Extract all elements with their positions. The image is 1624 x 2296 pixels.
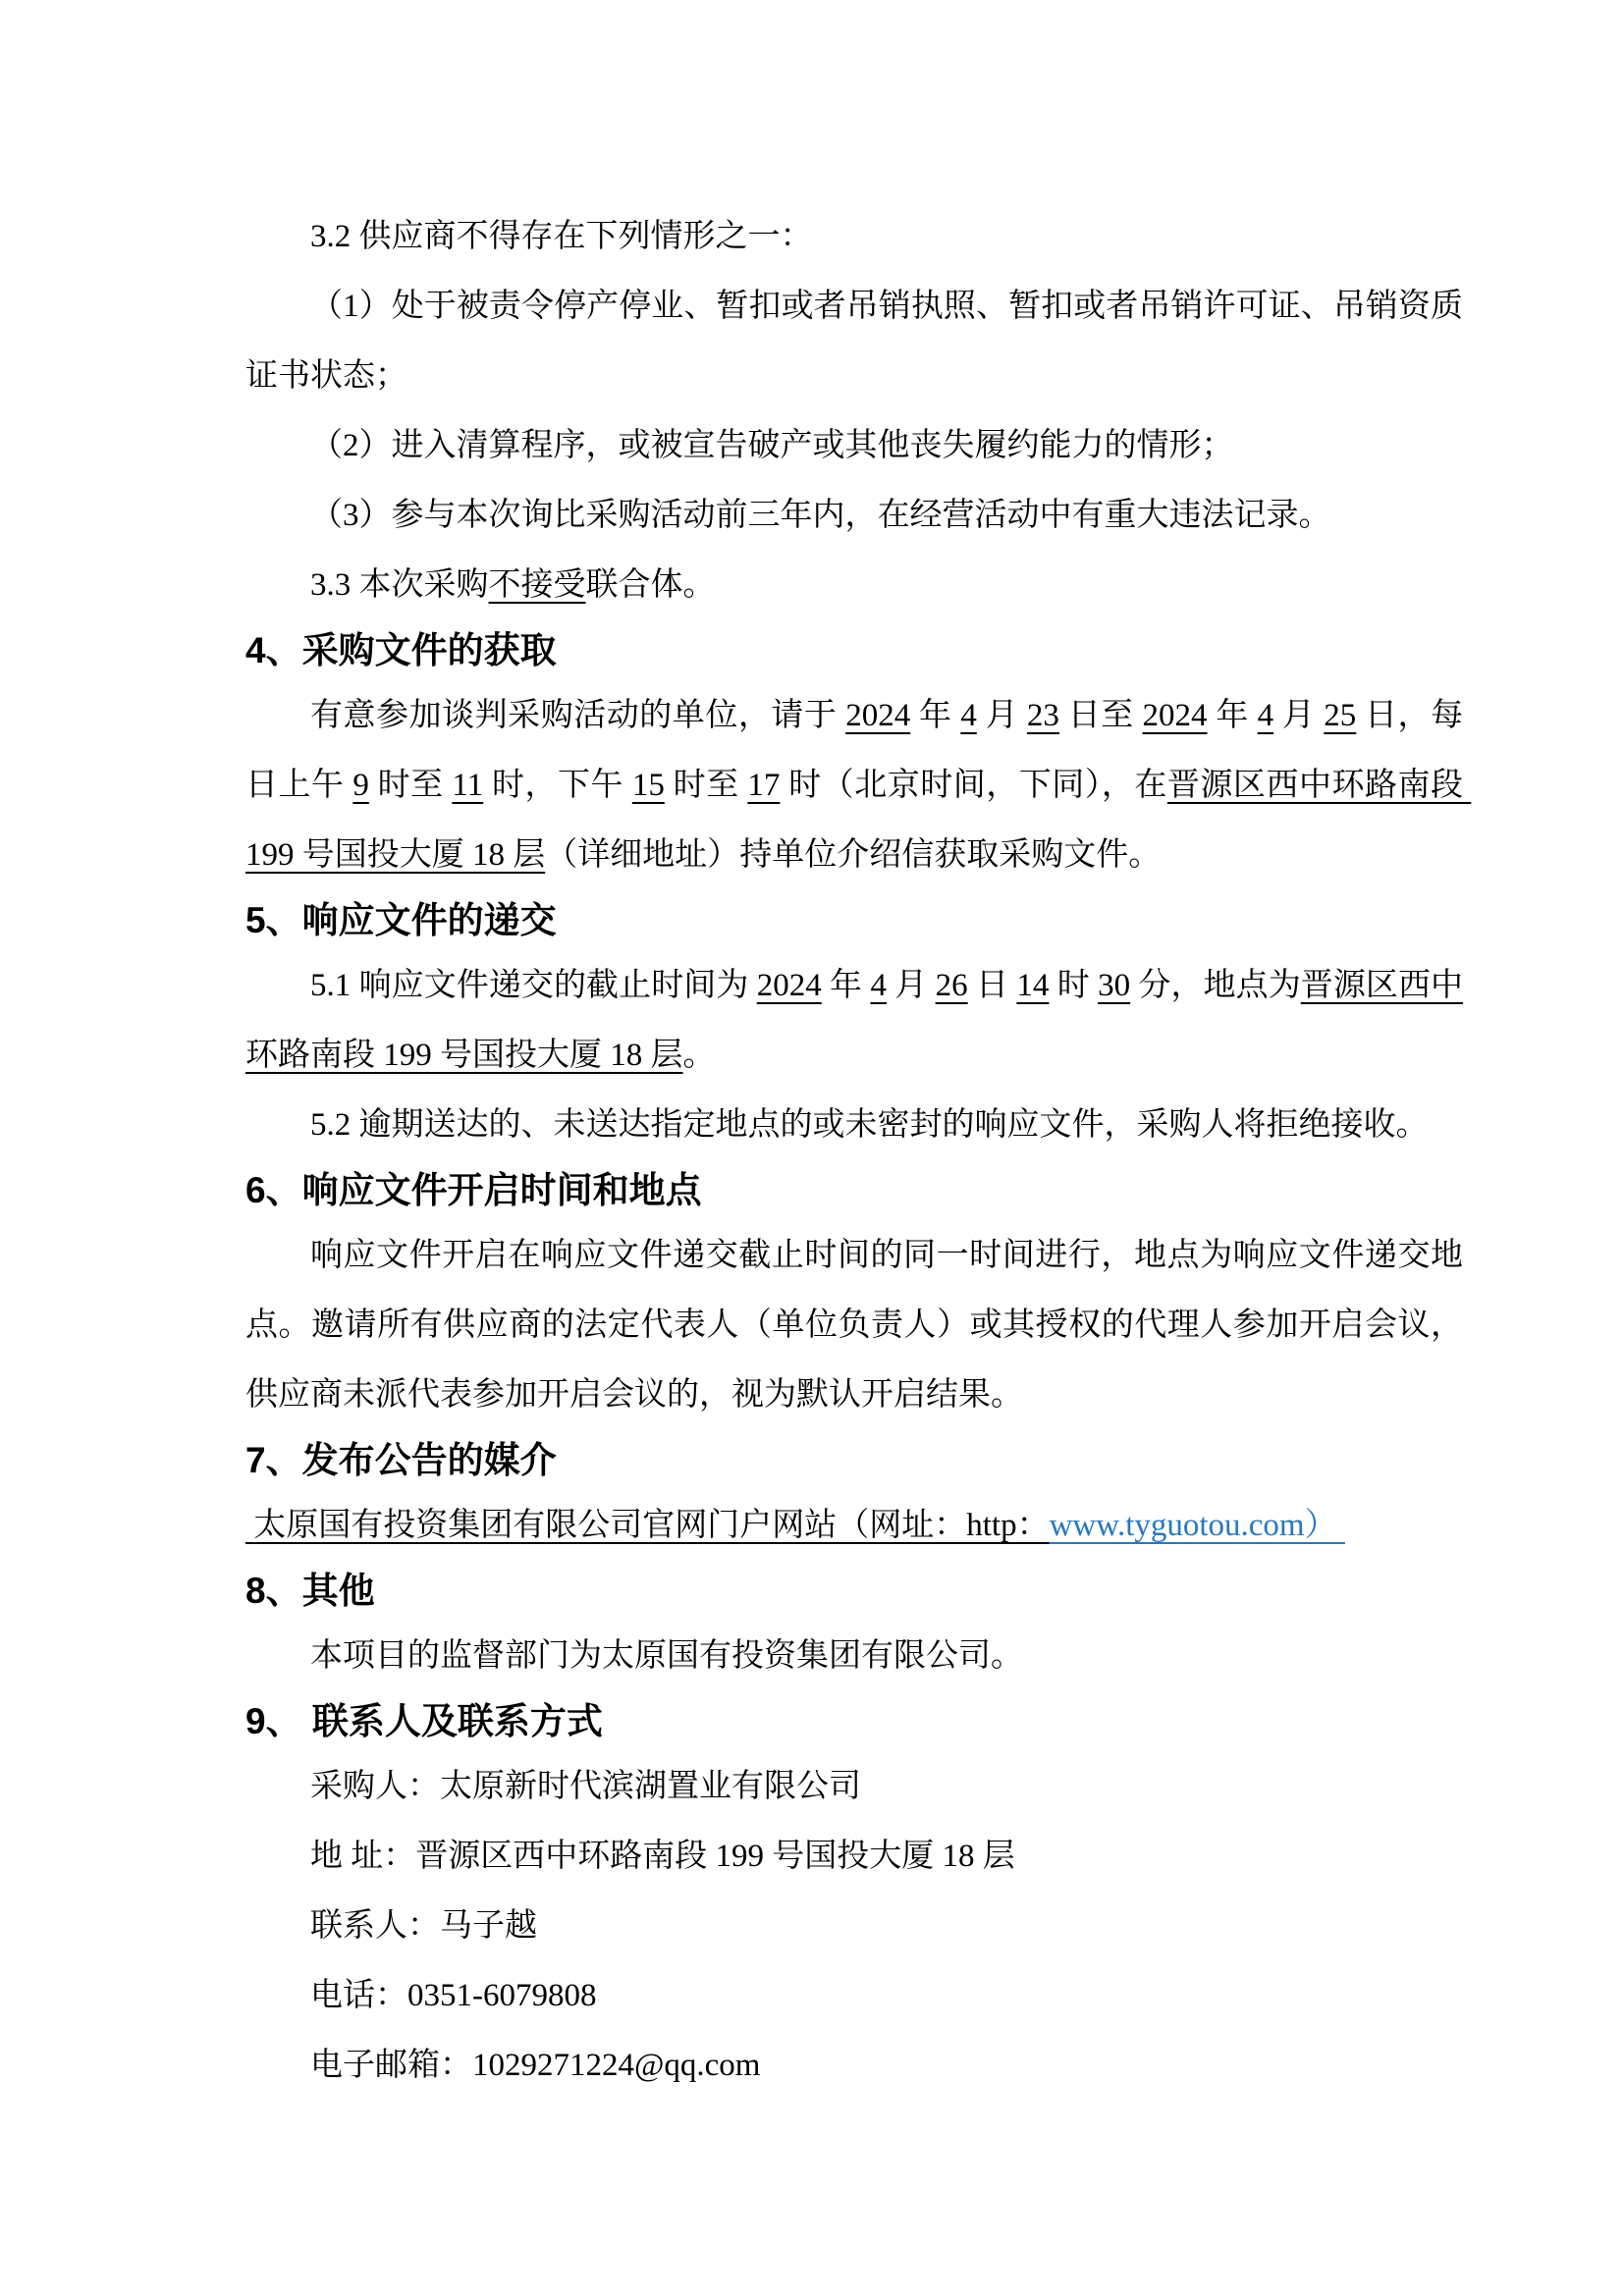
text-segment: 时（北京时间，下同），在 xyxy=(780,768,1167,803)
underlined-text: 15 xyxy=(632,768,665,803)
clause-5-2: 5.2 逾期送达的、未送达指定地点的或未密封的响应文件，采购人将拒绝接收。 xyxy=(245,1091,1463,1160)
text-segment: 月 xyxy=(1273,698,1324,733)
section-7-announcement-media: 太原国有投资集团有限公司官网门户网站（网址：http：www.tyguotou.… xyxy=(245,1491,1463,1561)
underlined-text: 14 xyxy=(1016,968,1049,1003)
clause-3-2: 3.2 供应商不得存在下列情形之一： xyxy=(245,202,1463,272)
text-segment: （详细地址）持单位介绍信获取采购文件。 xyxy=(545,837,1161,873)
underlined-text: 25 xyxy=(1324,698,1356,733)
text-segment: 时至 xyxy=(665,768,748,803)
clause-3-2-item-2: （2）进入清算程序，或被宣告破产或其他丧失履约能力的情形； xyxy=(245,411,1463,481)
text-segment: 年 xyxy=(1208,698,1258,733)
section-4-paragraph: 有意参加谈判采购活动的单位，请于 2024 年 4 月 23 日至 2024 年… xyxy=(245,681,1463,890)
section-5-heading: 5、响应文件的递交 xyxy=(245,890,1463,951)
address-line: 地 址：晋源区西中环路南段 199 号国投大厦 18 层 xyxy=(245,1822,1463,1892)
clause-3-3: 3.3 本次采购不接受联合体。 xyxy=(245,551,1463,620)
underlined-text: 26 xyxy=(936,968,968,1003)
text-segment: 有意参加谈判采购活动的单位，请于 xyxy=(310,698,845,733)
section-6-heading: 6、响应文件开启时间和地点 xyxy=(245,1160,1463,1221)
text-segment: 时，下午 xyxy=(483,768,632,803)
text-segment: 年 xyxy=(910,698,960,733)
text-segment: 联合体。 xyxy=(586,567,716,603)
text-segment: 时至 xyxy=(369,768,453,803)
section-9-heading: 9、 联系人及联系方式 xyxy=(245,1691,1463,1752)
underlined-text: 4 xyxy=(960,698,977,733)
email-line: 电子邮箱：1029271224@qq.com xyxy=(245,2031,1463,2101)
clause-3-2-item-1: （1）处于被责令停产停业、暂扣或者吊销执照、暂扣或者吊销许可证、吊销资质证书状态… xyxy=(245,272,1463,411)
hyperlink-url[interactable]: www.tyguotou.com） xyxy=(1050,1508,1345,1543)
document-body: 3.2 供应商不得存在下列情形之一： （1）处于被责令停产停业、暂扣或者吊销执照… xyxy=(245,202,1463,2101)
phone-line: 电话：0351-6079808 xyxy=(245,1961,1463,2031)
section-4-heading: 4、采购文件的获取 xyxy=(245,620,1463,681)
text-segment: 年 xyxy=(822,968,871,1003)
section-6-paragraph: 响应文件开启在响应文件递交截止时间的同一时间进行，地点为响应文件递交地点。邀请所… xyxy=(245,1221,1463,1430)
clause-3-2-item-3: （3）参与本次询比采购活动前三年内，在经营活动中有重大违法记录。 xyxy=(245,481,1463,551)
underlined-text: 2024 xyxy=(845,698,910,733)
section-8-heading: 8、其他 xyxy=(245,1561,1463,1622)
purchaser-line: 采购人：太原新时代滨湖置业有限公司 xyxy=(245,1752,1463,1822)
document-page: 3.2 供应商不得存在下列情形之一： （1）处于被责令停产停业、暂扣或者吊销执照… xyxy=(0,0,1624,2296)
underlined-text: 23 xyxy=(1027,698,1059,733)
underlined-text: 2024 xyxy=(1143,698,1208,733)
underlined-text: 30 xyxy=(1098,968,1130,1003)
underlined-text: 4 xyxy=(870,968,887,1003)
text-segment: 日至 xyxy=(1059,698,1143,733)
underlined-text: 不接受 xyxy=(489,567,586,603)
text-segment: 。 xyxy=(683,1038,716,1073)
underlined-text: 11 xyxy=(452,768,483,803)
text-segment: 月 xyxy=(887,968,936,1003)
underlined-text: 太原国有投资集团有限公司官网门户网站（网址：http： xyxy=(245,1508,1050,1543)
underlined-text: 2024 xyxy=(757,968,822,1003)
text-segment: 5.1 响应文件递交的截止时间为 xyxy=(310,968,757,1003)
contact-person-line: 联系人：马子越 xyxy=(245,1892,1463,1961)
section-7-heading: 7、发布公告的媒介 xyxy=(245,1430,1463,1491)
section-8-paragraph: 本项目的监督部门为太原国有投资集团有限公司。 xyxy=(245,1622,1463,1691)
text-segment: 时 xyxy=(1049,968,1098,1003)
text-segment: 日 xyxy=(968,968,1017,1003)
underlined-text: 17 xyxy=(747,768,780,803)
text-segment: 月 xyxy=(977,698,1027,733)
underlined-text: 9 xyxy=(352,768,369,803)
text-segment: 3.3 本次采购 xyxy=(310,567,489,603)
underlined-text: 4 xyxy=(1258,698,1274,733)
clause-5-1: 5.1 响应文件递交的截止时间为 2024 年 4 月 26 日 14 时 30… xyxy=(245,951,1463,1091)
text-segment: 分，地点为 xyxy=(1130,968,1301,1003)
